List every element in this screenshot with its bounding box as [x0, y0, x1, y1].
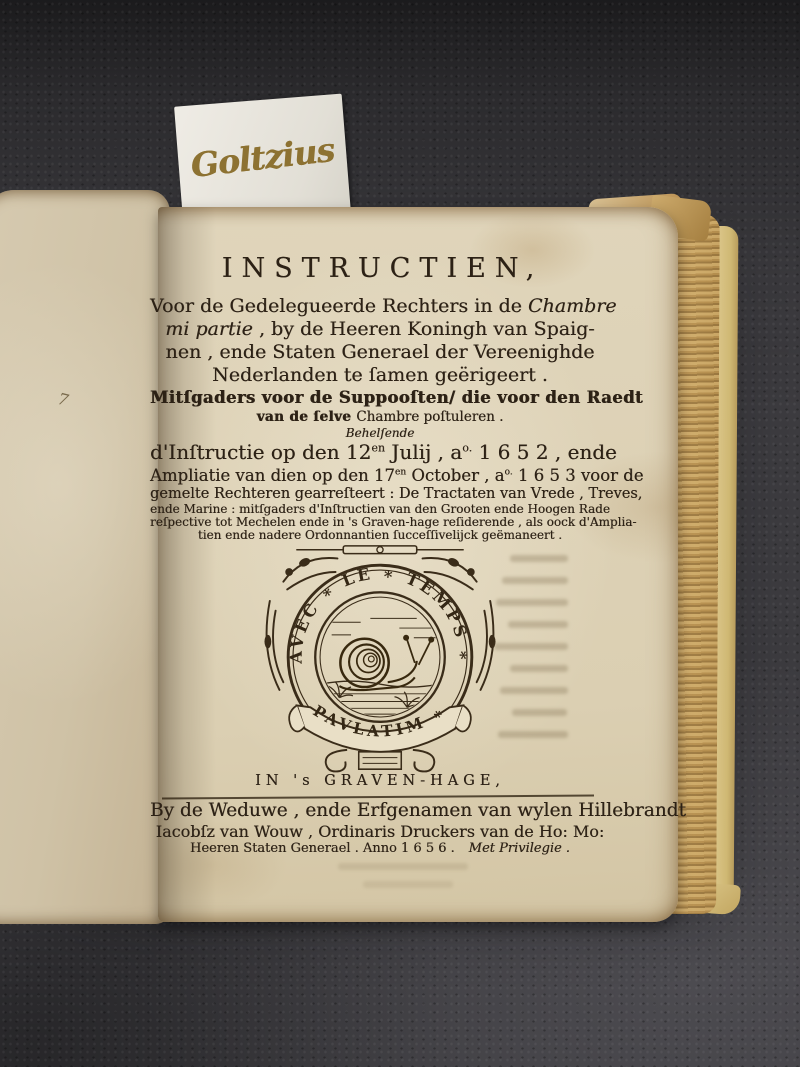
showthrough-line [494, 643, 568, 650]
showthrough-line [496, 599, 568, 606]
showthrough-line [363, 881, 453, 888]
blackletter-line: van de ſelve Chambre poſtuleren . [150, 409, 610, 425]
snail-emblem: AVEC ∗ LE ∗ TEMPS ∗ [254, 543, 506, 775]
showthrough-line [338, 863, 468, 870]
imprint-line: By de Weduwe , ende Erfgenamen van wylen… [150, 800, 610, 821]
showthrough-line [508, 621, 568, 628]
left-blank-page: 7 [0, 190, 170, 924]
blackletter-line: Mitſgaders voor de Suppooſten/ die voor … [150, 388, 610, 407]
instruction-line: tien ende nadere Ordonnantien ſucceſſive… [150, 528, 610, 542]
handwritten-mark: 7 [56, 389, 70, 410]
instruction-line: gemelte Rechteren gearreſteert : De Trac… [150, 486, 610, 502]
instruction-line: reſpective tot Mechelen ende in 's Grave… [150, 515, 610, 529]
behelsende-label: Behelſende [150, 426, 610, 440]
imprint-place: IN 's GRAVEN-HAGE, [150, 773, 610, 789]
instruction-line: ende Marine : mitſgaders d'Inſtructien v… [150, 502, 610, 516]
cartouche-scrolls [326, 750, 435, 772]
book-title: INSTRUCTIEN, [155, 253, 610, 284]
showthrough-line [510, 665, 568, 672]
imprint-line: Heeren Staten Generael . Anno 1 6 5 6 .M… [150, 841, 610, 856]
subtitle-line: nen , ende Staten Generael der Vereenigh… [150, 341, 610, 363]
instruction-line: d'Inſtructie op den 12en Julij , ao. 1 6… [150, 440, 610, 464]
showthrough-line [498, 731, 568, 738]
subtitle-line: Nederlanden te ſamen geërigeert . [150, 364, 610, 386]
emblem-scenery [321, 618, 439, 714]
photo-scene: Goltzius 7 INSTRUCTIEN, Voor de Gedelegu… [0, 0, 800, 1067]
showthrough-line [512, 709, 567, 716]
title-page: INSTRUCTIEN, Voor de Gedelegueerde Recht… [158, 207, 678, 922]
showthrough-line [502, 577, 568, 584]
subtitle-line: mi partie , by de Heeren Koningh van Spa… [150, 318, 610, 340]
showthrough-line [510, 555, 568, 562]
dealer-card-label: Goltzius [183, 129, 342, 185]
title-page-text: INSTRUCTIEN, Voor de Gedelegueerde Recht… [150, 207, 610, 922]
showthrough-line [500, 687, 568, 694]
imprint-line: Iacobſz van Wouw , Ordinaris Druckers va… [150, 822, 610, 841]
subtitle-line: Voor de Gedelegueerde Rechters in de Cha… [150, 295, 610, 317]
imprint-rule [162, 794, 594, 799]
instruction-line: Ampliatie van dien op den 17en October ,… [150, 466, 610, 485]
